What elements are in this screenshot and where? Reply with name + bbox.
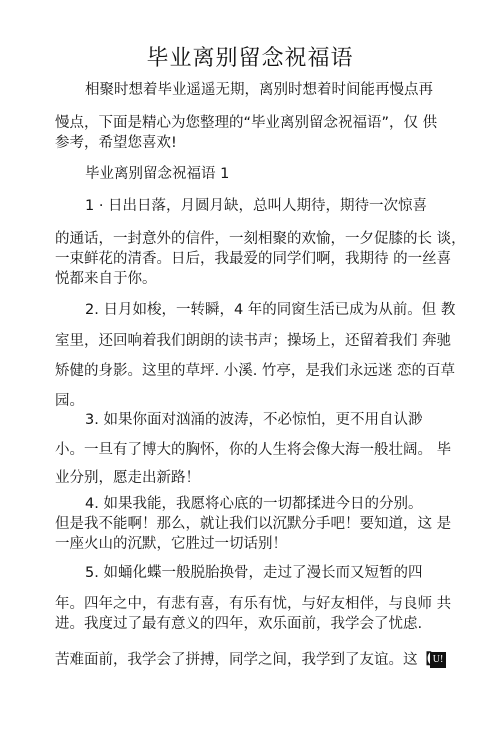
intro-line-1: 相聚时想着毕业遥遥无期，离别时想着时间能再慢点再 [85,80,485,100]
intro-line-2: 慢点，下面是精心为您整理的“毕业离别留念祝福语”，仅 供 [55,113,455,133]
item-5-line-3: 进。我度过了最有意义的四年，欢乐面前，我学会了忧虑. [55,614,455,634]
item-2-line-3: 矫健的身影。这里的草坪. 小溪. 竹亭，是我们永远迷 恋的百草 [55,361,455,381]
item-3-line-3: 业分别，愿走出新路！ [55,468,455,488]
item-4-line-3: 一座火山的沉默，它胜过一切话别！ [55,534,455,554]
document-page: 毕业离别留念祝福语 相聚时想着毕业遥遥无期，离别时想着时间能再慢点再 慢点，下面… [0,0,500,740]
item-1-line-4: 悦都来自于你。 [55,269,455,289]
item-1-line-2: 的通话，一封意外的信件，一刻相聚的欢愉，一夕促膝的长 谈， [55,229,455,249]
item-1-line-3: 一束鲜花的清香。日后，我最爱的同学们啊，我期待 的一丝喜 [55,249,455,269]
watermark-badge-icon: U! [430,652,446,668]
document-title: 毕业离别留念祝福语 [0,44,500,74]
item-4-line-1: 4. 如果我能，我愿将心底的一切都揉进今日的分别。 [85,494,485,514]
intro-line-3: 参考，希望您喜欢! [55,133,455,153]
item-5-line-4: 苦难面前，我学会了拼搏，同学之间，我学到了友谊。这【 [55,650,455,670]
item-3-line-2: 小。一旦有了博大的胸怀，你的人生将会像大海一般壮阔。 毕 [55,440,455,460]
item-4-line-2: 但是我不能啊！那么，就让我们以沉默分手吧！要知道，这 是 [55,514,455,534]
item-2-line-4: 园。 [55,391,455,411]
item-2-line-1: 2. 日月如梭，一转瞬，4 年的同窗生活已成为从前。但 教 [85,300,485,320]
item-5-line-1: 5. 如蛹化蝶一般脱胎换骨，走过了漫长而又短暂的四 [85,563,485,583]
item-3-line-1: 3. 如果你面对汹涌的波涛，不必惊怕，更不用自认渺 [85,410,485,430]
section-heading: 毕业离别留念祝福语 1 [85,164,485,184]
item-5-line-2: 年。四年之中，有悲有喜，有乐有忧，与好友相伴，与良师 共 [55,594,455,614]
item-2-line-2: 室里，还回响着我们朗朗的读书声；操场上，还留着我们 奔驰 [55,331,455,351]
item-1-line-1: 1 · 日出日落，月圆月缺，总叫人期待，期待一次惊喜 [85,196,485,216]
